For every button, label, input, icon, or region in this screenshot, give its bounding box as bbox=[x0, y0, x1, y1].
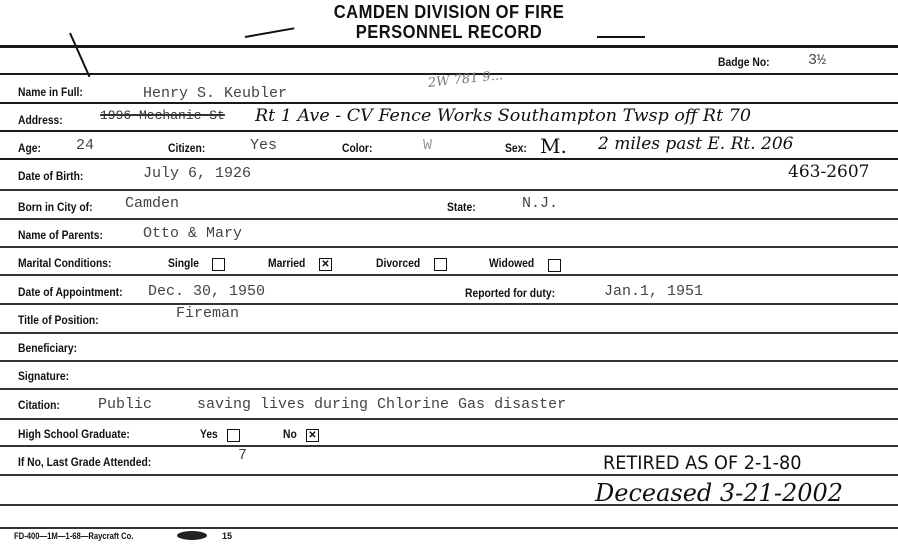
form-rule bbox=[0, 474, 898, 476]
citizen-value: Yes bbox=[250, 137, 277, 154]
state-value: N.J. bbox=[522, 195, 558, 212]
appointment-label: Date of Appointment: bbox=[18, 285, 123, 299]
form-rule bbox=[0, 189, 898, 191]
form-title: CAMDEN DIVISION OF FIRE bbox=[36, 2, 862, 23]
sex-label: Sex: bbox=[505, 141, 527, 155]
reported-value: Jan.1, 1951 bbox=[604, 283, 703, 300]
appointment-value: Dec. 30, 1950 bbox=[148, 283, 265, 300]
born-city-value: Camden bbox=[125, 195, 179, 212]
marital-option-widowed: Widowed bbox=[489, 256, 534, 270]
badge-value: 3½ bbox=[808, 52, 826, 69]
hs-no-checkbox[interactable]: ✕ bbox=[306, 429, 319, 442]
beneficiary-label: Beneficiary: bbox=[18, 341, 77, 355]
sex-value: M. bbox=[540, 134, 567, 158]
address-note: 2 miles past E. Rt. 206 bbox=[598, 134, 793, 154]
marital-option-single: Single bbox=[168, 256, 199, 270]
citation-label: Citation: bbox=[18, 398, 60, 412]
hs-option-yes: Yes bbox=[200, 427, 218, 441]
signature-label: Signature: bbox=[18, 369, 69, 383]
form-rule bbox=[0, 360, 898, 362]
age-value: 24 bbox=[76, 137, 94, 154]
retired-note: RETIRED AS OF 2-1-80 bbox=[603, 452, 801, 474]
marital-option-married: Married bbox=[268, 256, 305, 270]
form-rule bbox=[0, 527, 898, 529]
last-grade-value: 7 bbox=[238, 447, 247, 464]
form-code: FD-400—1M—1-68—Raycraft Co. bbox=[14, 531, 133, 541]
form-rule bbox=[0, 388, 898, 390]
pen-mark bbox=[597, 36, 645, 38]
citation-value: Public saving lives during Chlorine Gas … bbox=[98, 396, 566, 413]
born-city-label: Born in City of: bbox=[18, 200, 93, 214]
union-bug-icon bbox=[177, 531, 207, 540]
page-number: 15 bbox=[222, 531, 232, 541]
form-rule bbox=[0, 303, 898, 305]
dob-value: July 6, 1926 bbox=[143, 165, 251, 182]
form-rule bbox=[0, 102, 898, 104]
parents-value: Otto & Mary bbox=[143, 225, 242, 242]
age-label: Age: bbox=[18, 141, 41, 155]
state-label: State: bbox=[447, 200, 476, 214]
position-label: Title of Position: bbox=[18, 313, 99, 327]
last-grade-label: If No, Last Grade Attended: bbox=[18, 455, 151, 469]
address-struck-value: 1996 Mechanic St bbox=[100, 108, 225, 123]
badge-label: Badge No: bbox=[718, 55, 770, 69]
color-label: Color: bbox=[342, 141, 372, 155]
form-rule bbox=[0, 130, 898, 132]
parents-label: Name of Parents: bbox=[18, 228, 103, 242]
position-value: Fireman bbox=[176, 305, 239, 322]
form-rule bbox=[0, 45, 898, 48]
form-rule bbox=[0, 445, 898, 447]
citizen-label: Citizen: bbox=[168, 141, 205, 155]
form-rule bbox=[0, 332, 898, 334]
reported-label: Reported for duty: bbox=[465, 286, 555, 300]
form-rule bbox=[0, 218, 898, 220]
name-annotation: 2W 781 9... bbox=[427, 68, 504, 91]
address-label: Address: bbox=[18, 113, 63, 127]
phone-note: 463-2607 bbox=[788, 162, 869, 182]
widowed-checkbox[interactable] bbox=[548, 259, 561, 272]
form-rule bbox=[0, 158, 898, 160]
marital-label: Marital Conditions: bbox=[18, 256, 111, 270]
dob-label: Date of Birth: bbox=[18, 169, 83, 183]
hs-option-no: No bbox=[283, 427, 297, 441]
form-rule bbox=[0, 246, 898, 248]
marital-option-divorced: Divorced bbox=[376, 256, 420, 270]
address-handwritten-value: Rt 1 Ave - CV Fence Works Southampton Tw… bbox=[255, 106, 751, 126]
form-rule bbox=[0, 418, 898, 420]
single-checkbox[interactable] bbox=[212, 258, 225, 271]
name-value: Henry S. Keubler bbox=[143, 85, 287, 102]
hs-yes-checkbox[interactable] bbox=[227, 429, 240, 442]
deceased-note: Deceased 3-21-2002 bbox=[595, 479, 843, 507]
color-value: W bbox=[423, 137, 432, 154]
name-label: Name in Full: bbox=[18, 85, 83, 99]
hs-grad-label: High School Graduate: bbox=[18, 427, 130, 441]
form-subtitle: PERSONNEL RECORD bbox=[36, 22, 862, 43]
divorced-checkbox[interactable] bbox=[434, 258, 447, 271]
married-checkbox[interactable]: ✕ bbox=[319, 258, 332, 271]
form-rule bbox=[0, 274, 898, 276]
